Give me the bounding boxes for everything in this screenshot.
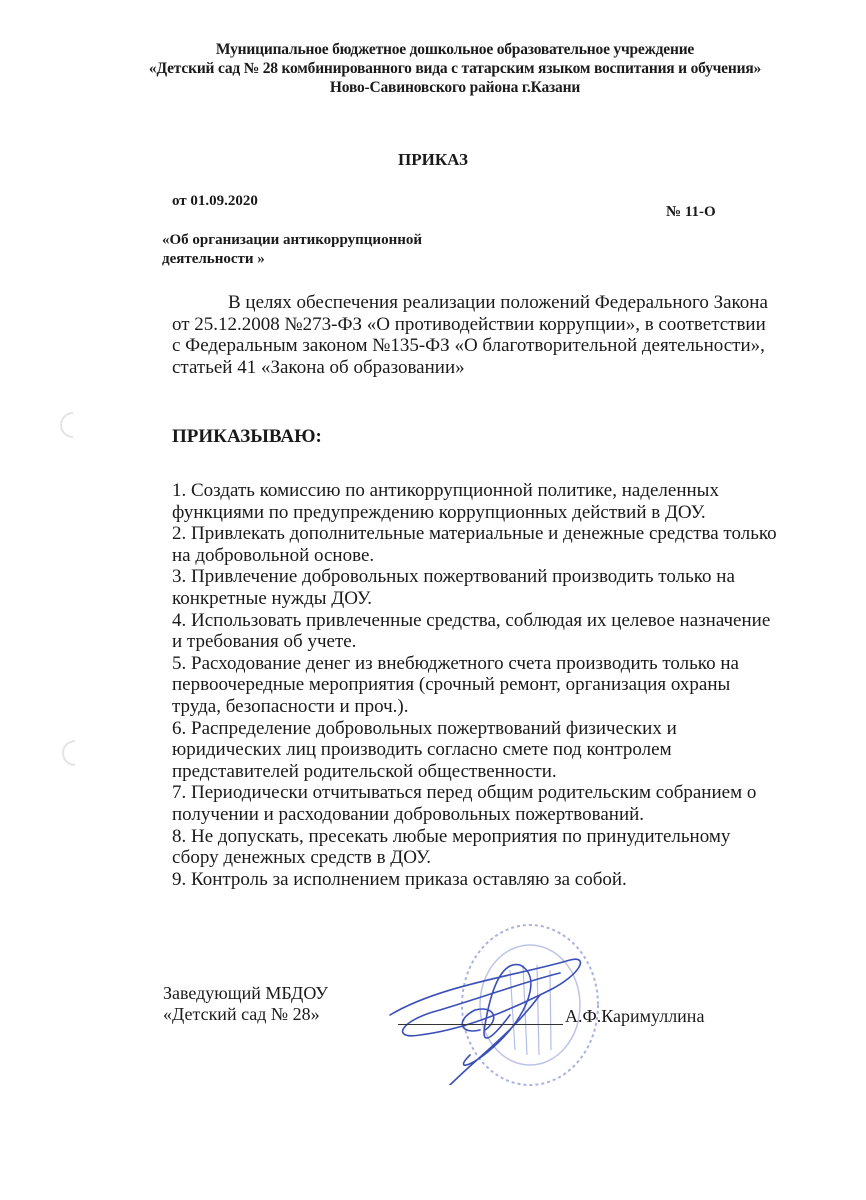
position-line-2: «Детский сад № 28»: [163, 1004, 328, 1025]
punch-hole-mark: [55, 407, 92, 444]
item-line: функциями по предупреждению коррупционны…: [172, 502, 822, 524]
item-line: конкретные нужды ДОУ.: [172, 588, 822, 610]
order-item: 9. Контроль за исполнением приказа остав…: [172, 869, 822, 891]
signatory-name: А.Ф.Каримуллина: [565, 1006, 704, 1027]
signature-icon: [380, 935, 590, 1085]
item-line: 2. Привлекать дополнительные материальны…: [172, 523, 822, 545]
organization-header: Муниципальное бюджетное дошкольное образ…: [100, 40, 810, 97]
order-item: 6. Распределение добровольных пожертвова…: [172, 718, 822, 783]
order-item: 1. Создать комиссию по антикоррупционной…: [172, 480, 822, 523]
signatory-position: Заведующий МБДОУ «Детский сад № 28»: [163, 983, 328, 1025]
document-date: от 01.09.2020: [172, 193, 258, 210]
order-heading: ПРИКАЗЫВАЮ:: [172, 426, 322, 448]
item-line: 1. Создать комиссию по антикоррупционной…: [172, 480, 822, 502]
preamble-line-4: статьей 41 «Закона об образовании»: [172, 357, 812, 379]
item-line: сбору денежных средств в ДОУ.: [172, 847, 822, 869]
preamble: В целях обеспечения реализации положений…: [172, 292, 812, 378]
item-line: на добровольной основе.: [172, 545, 822, 567]
header-line-3: Ново-Савиновского района г.Казани: [100, 78, 810, 97]
preamble-line-2: от 25.12.2008 №273-ФЗ «О противодействии…: [172, 314, 812, 336]
header-line-1: Муниципальное бюджетное дошкольное образ…: [100, 40, 810, 59]
subject-line-2: деятельности »: [162, 250, 482, 269]
signature-line: [398, 1024, 563, 1025]
item-line: первоочередные мероприятия (срочный ремо…: [172, 674, 822, 696]
preamble-line-1: В целях обеспечения реализации положений…: [172, 292, 812, 314]
item-line: 9. Контроль за исполнением приказа остав…: [172, 869, 822, 891]
item-line: 8. Не допускать, пресекать любые меропри…: [172, 826, 822, 848]
order-item: 4. Использовать привлеченные средства, с…: [172, 610, 822, 653]
item-line: 3. Привлечение добровольных пожертвовани…: [172, 566, 822, 588]
document-title: ПРИКАЗ: [0, 150, 866, 170]
order-items-list: 1. Создать комиссию по антикоррупционной…: [172, 480, 822, 890]
punch-hole-mark: [57, 735, 94, 772]
subject-line-1: «Об организации антикоррупционной: [162, 231, 482, 250]
order-item: 5. Расходование денег из внебюджетного с…: [172, 653, 822, 718]
item-line: получении и расходовании добровольных по…: [172, 804, 822, 826]
order-item: 3. Привлечение добровольных пожертвовани…: [172, 566, 822, 609]
order-item: 2. Привлекать дополнительные материальны…: [172, 523, 822, 566]
item-line: 7. Периодически отчитываться перед общим…: [172, 782, 822, 804]
item-line: и требования об учете.: [172, 631, 822, 653]
position-line-1: Заведующий МБДОУ: [163, 983, 328, 1004]
item-line: 6. Распределение добровольных пожертвова…: [172, 718, 822, 740]
item-line: 5. Расходование денег из внебюджетного с…: [172, 653, 822, 675]
item-line: труда, безопасности и проч.).: [172, 696, 822, 718]
order-item: 8. Не допускать, пресекать любые меропри…: [172, 826, 822, 869]
document-subject: «Об организации антикоррупционной деятел…: [162, 231, 482, 269]
document-number: № 11-О: [666, 204, 716, 221]
item-line: юридических лиц производить согласно сме…: [172, 739, 822, 761]
item-line: представителей родительской общественнос…: [172, 761, 822, 783]
item-line: 4. Использовать привлеченные средства, с…: [172, 610, 822, 632]
preamble-line-3: с Федеральным законом №135-ФЗ «О благотв…: [172, 335, 812, 357]
header-line-2: «Детский сад № 28 комбинированного вида …: [100, 59, 810, 78]
order-item: 7. Периодически отчитываться перед общим…: [172, 782, 822, 825]
